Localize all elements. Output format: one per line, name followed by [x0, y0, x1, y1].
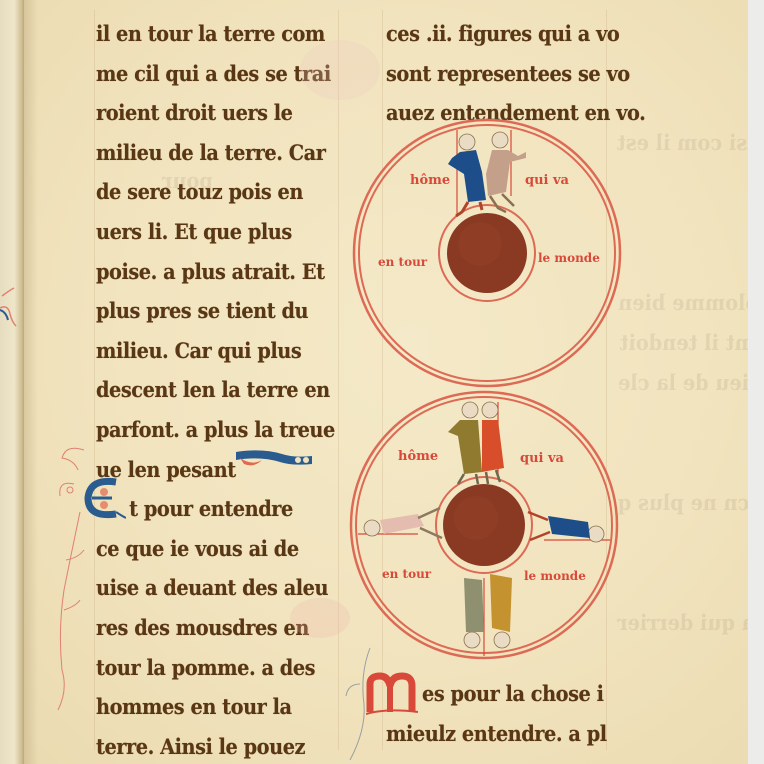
text-line: tour la pomme. a des	[96, 648, 317, 688]
pen-flourish-gray	[340, 644, 380, 764]
right-text-column-bottom: es pour la chose i	[422, 674, 632, 714]
walking-figure-blue	[448, 134, 486, 216]
label-en-tour: en tour	[382, 567, 432, 581]
right-text-column-bottom-2: mieulz entendre. a pl	[386, 714, 626, 754]
label-qui-va: qui va	[525, 173, 570, 188]
text-line: milieu de la terre. Car	[96, 133, 317, 173]
label-le-monde: le monde	[524, 569, 586, 583]
binding-gutter	[0, 0, 24, 764]
margin-flourish-fragment	[0, 286, 20, 330]
stain	[300, 40, 380, 100]
text-line: de sere touz pois en	[96, 172, 317, 212]
label-en-tour: en tour	[378, 255, 428, 269]
standing-figure-olive	[448, 402, 482, 484]
label-le-monde: le monde	[538, 251, 600, 265]
inverted-figure-gray	[464, 578, 484, 648]
text-line: t pour entendre	[96, 489, 317, 529]
label-qui-va: qui va	[520, 451, 565, 466]
show-through-text: tant quant il tendoit	[620, 330, 750, 355]
walking-figure-brown	[486, 132, 526, 212]
cosmological-diagram-2: hôme qui va en tour le monde	[348, 388, 622, 662]
cosmological-diagram-1: hôme qui va en tour le monde	[350, 116, 624, 390]
text-line: uers li. Et que plus	[96, 212, 317, 252]
text-line: plus pres se tient du	[96, 291, 317, 331]
show-through-text: d milieu de la cle	[618, 370, 750, 395]
show-through-text: une plomme bien	[618, 290, 750, 315]
text-line: hommes en tour la	[96, 687, 317, 727]
text-line: uise a deuant des aleu	[96, 568, 317, 608]
fold-shadow	[24, 0, 38, 764]
text-line: sont representees se vo	[386, 54, 616, 94]
show-through-text: ue a qui derrier	[617, 610, 750, 635]
text-line: res des mousdres en	[96, 608, 317, 648]
text-line: roient droit uers le	[96, 93, 317, 133]
text-line: ces .ii. figures qui a vo	[386, 14, 616, 54]
line-filler-ornament	[232, 446, 316, 470]
label-home: hôme	[398, 449, 438, 464]
background-edge	[748, 0, 764, 764]
initial-letter-e	[82, 476, 126, 520]
stain	[290, 598, 350, 638]
ruling-line	[338, 10, 339, 750]
text-line: descent len la terre en	[96, 370, 317, 410]
text-line: me cil qui a des se trai	[96, 54, 317, 94]
text-line: terre. Ainsi le pouez	[96, 727, 317, 764]
text-line: poise. a plus atrait. Et	[96, 252, 317, 292]
horizontal-figure-blue	[528, 512, 604, 542]
text-line: parfont. a plus la treue	[96, 410, 317, 450]
left-text-column: il en tour la terre com me cil qui a des…	[96, 14, 336, 764]
standing-figure-red	[482, 402, 504, 484]
text-line: il en tour la terre com	[96, 14, 317, 54]
right-text-column-top: ces .ii. figures qui a vo sont represent…	[386, 14, 636, 133]
text-line: ce que ie vous ai de	[96, 529, 317, 569]
text-line: mieulz entendre. a pl	[386, 714, 607, 754]
text-line: es pour la chose i	[422, 674, 615, 714]
label-home: hôme	[410, 173, 450, 188]
manuscript-page: ansi com il est une plomme bien tant qua…	[0, 0, 750, 764]
show-through-text: qualcn ne plus q	[618, 490, 750, 515]
text-line: milieu. Car qui plus	[96, 331, 317, 371]
show-through-text: ansi com il est	[617, 130, 750, 155]
inverted-figure-ochre	[490, 574, 512, 648]
